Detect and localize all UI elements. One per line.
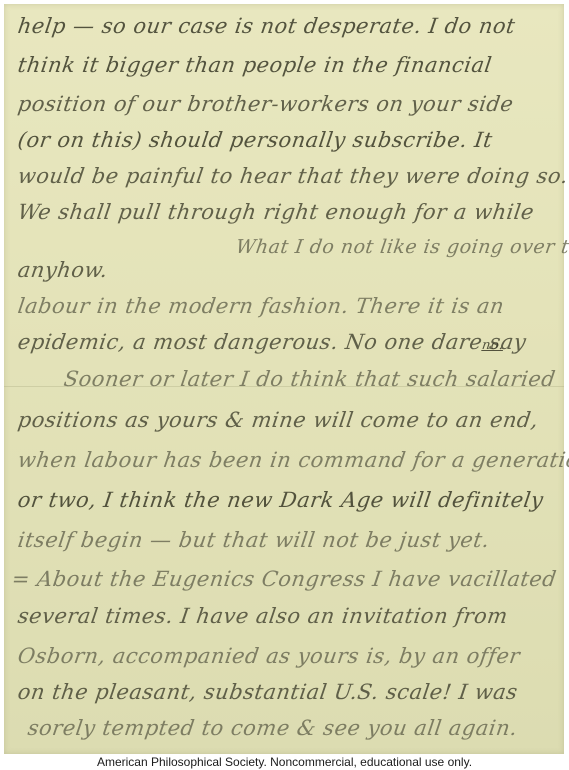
letter-line: (or on this) should personally subscribe… — [16, 128, 494, 152]
letter-line: positions as yours & mine will come to a… — [16, 408, 540, 432]
letter-line: when labour has been in command for a ge… — [16, 448, 569, 472]
letter-page: help — so our case is not desperate. I d… — [4, 4, 564, 754]
letter-line: help — so our case is not desperate. I d… — [16, 14, 517, 38]
letter-line: sorely tempted to come & see you all aga… — [26, 716, 519, 740]
letter-line: or two, I think the new Dark Age will de… — [16, 488, 545, 512]
letter-line: = About the Eugenics Congress I have vac… — [10, 567, 558, 591]
letter-line: labour in the modern fashion. There it i… — [16, 294, 506, 318]
letter-line: epidemic, a most dangerous. No one dare … — [16, 330, 528, 354]
letter-line: We shall pull through right enough for a… — [16, 200, 535, 224]
letter-line: Sooner or later I do think that such sal… — [62, 367, 557, 391]
letter-line: on the pleasant, substantial U.S. scale!… — [16, 680, 519, 704]
letter-line: position of our brother-workers on your … — [16, 92, 515, 116]
letter-line: several times. I have also an invitation… — [16, 604, 509, 628]
letter-line: itself begin — but that will not be just… — [16, 528, 491, 552]
letter-line: Osborn, accompanied as yours is, by an o… — [16, 644, 521, 668]
letter-line: anyhow. — [16, 258, 109, 282]
letter-line: What I do not like is going over to — [234, 236, 569, 258]
letter-line-insertion: no. — [481, 338, 505, 353]
copyright-caption: American Philosophical Society. Noncomme… — [0, 755, 569, 770]
letter-line: would be painful to hear that they were … — [16, 164, 569, 188]
letter-line: think it bigger than people in the finan… — [16, 53, 493, 77]
